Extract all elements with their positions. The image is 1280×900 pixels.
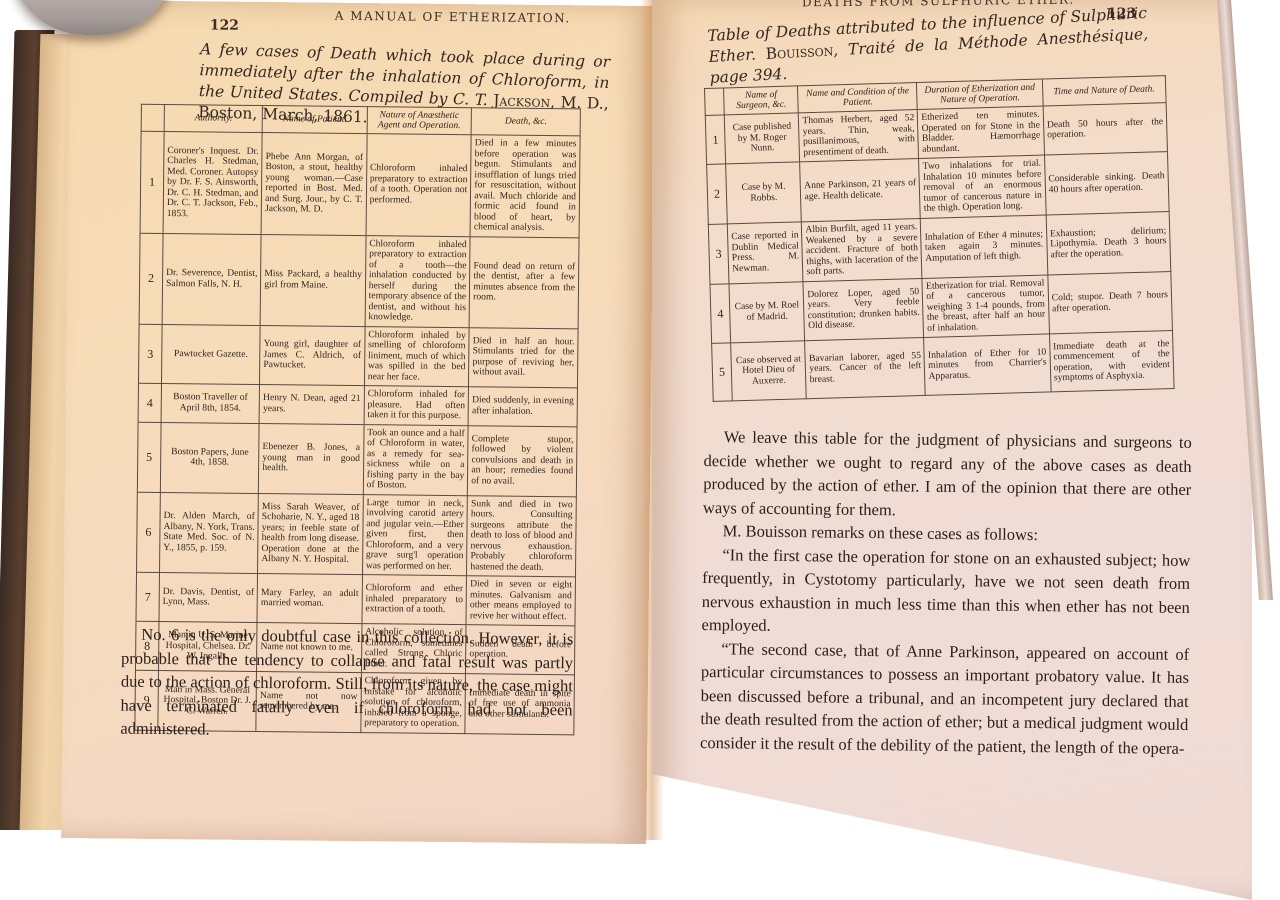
commentary-paragraph: No. 6 is the only doubtful case in this … [120,623,573,745]
paragraph-text: No. 6 is the only doubtful case in this … [120,623,573,745]
cell-patient: Mary Farley, an adult married woman. [257,573,362,623]
page-number: 122 [210,17,239,33]
cell-surgeon: Case by M. Roel of Madrid. [729,281,805,343]
running-head: A Manual of Etherization. [335,9,571,25]
right-page: Deaths from Sulphuric Ether. 123 Table o… [652,0,1252,900]
table-row: 5 Boston Papers, June 4th, 1858. Ebeneze… [137,422,577,497]
table-caption: Table of Deaths attributed to the influe… [707,3,1150,89]
col-header-surgeon: Name of Surgeon, &c. [724,86,799,115]
cell-agent: Chloroform and ether inhaled preparatory… [362,575,467,625]
cell-surgeon: Case published by M. Roger Nunn. [724,113,800,164]
cell-authority: Dr. Davis, Dentist, of Lynn, Mass. [159,572,258,622]
cell-death: Cold; stupor. Death 7 hours after operat… [1048,271,1173,334]
row-number: 1 [705,115,725,165]
row-number: 7 [136,572,159,621]
cell-duration: Etherization for trial. Removal of a can… [922,274,1049,337]
cell-authority: Boston Papers, June 4th, 1858. [160,422,259,493]
cell-authority: Pawtucket Gazette. [161,324,260,385]
cell-patient: Miss Packard, a healthy girl from Maine. [260,234,365,326]
row-number: 1 [140,131,164,233]
cell-death: Complete stupor, followed by violent con… [468,425,577,496]
table-row: 2 Dr. Severence, Dentist, Salmon Falls, … [139,233,579,329]
cell-patient: Miss Sarah Weaver, of Schoharie, N. Y., … [258,493,363,575]
col-header-number [141,104,164,131]
paragraph: “In the first case the operation for sto… [701,542,1190,642]
col-header-number [705,88,725,116]
cell-death: Died suddenly, in evening after inhalati… [468,387,577,427]
col-header-authority: Authority. [164,104,263,132]
left-page: 122 A Manual of Etherization. A few case… [61,0,655,844]
cell-death: Immediate death at the commencement of t… [1049,331,1174,392]
paragraph: “The second case, that of Anne Parkinson… [700,636,1189,759]
cell-agent: Chloroform inhaled by smelling of chloro… [364,326,469,387]
cell-death: Found dead on return of the dentist, aft… [469,236,579,328]
table-row: 1 Coroner's Inquest. Dr. Charles H. Sted… [140,131,580,237]
row-number: 3 [708,224,729,284]
table-row: 4 Boston Traveller of April 8th, 1854. H… [138,383,577,426]
cell-death: Death 50 hours after the operation. [1043,103,1168,155]
cell-duration: Inhalation of Ether 4 minutes; taken aga… [921,215,1048,278]
cell-patient: Albin Burfilt, aged 11 years. Weakened b… [802,219,923,282]
cell-agent: Took an ounce and a half of Chloroform i… [363,424,468,495]
row-number: 5 [712,343,733,402]
cell-patient: Anne Parkinson, 21 years of age. Health … [800,159,921,222]
ether-deaths-table: Name of Surgeon, &c. Name and Condition … [704,75,1175,402]
cell-patient: Young girl, daughter of James C. Aldrich… [260,325,365,386]
cell-duration: Inhalation of Ether for 10 minutes from … [924,334,1051,395]
col-header-duration: Duration of Etherization and Nature of O… [917,79,1043,109]
col-header-death: Death, &c. [471,108,580,136]
cell-patient: Thomas Herbert, aged 52 years. Thin, wea… [799,110,919,162]
cell-death: Died in half an hour. Stimulants tried f… [469,327,578,388]
cell-surgeon: Case reported in Dublin Medical Press. M… [727,222,803,284]
cell-surgeon: Case observed at Hotel Dieu of Auxerre. [731,341,807,401]
cell-patient: Bavarian laborer, aged 55 years. Cancer … [805,337,926,398]
cell-authority: Coroner's Inquest. Dr. Charles H. Stedma… [163,131,262,234]
cell-authority: Boston Traveller of April 8th, 1854. [161,383,260,423]
cell-agent: Chloroform inhaled preparatory to extrac… [366,134,472,237]
table-row: 6 Dr. Alden March, of Albany, N. York, T… [137,492,577,577]
commentary-text: We leave this table for the judgment of … [700,425,1192,760]
cell-authority: Dr. Severence, Dentist, Salmon Falls, N.… [162,233,261,325]
table-row: 7 Dr. Davis, Dentist, of Lynn, Mass. Mar… [136,572,575,626]
col-header-death: Time and Nature of Death. [1042,76,1166,106]
row-number: 6 [137,492,161,573]
cell-surgeon: Case by M. Robbs. [726,162,802,224]
row-number: 3 [138,324,162,384]
row-number: 2 [139,233,163,324]
row-number: 4 [710,283,731,343]
cell-death: Died in a few minutes before operation w… [470,135,580,238]
cell-agent: Chloroform inhaled preparatory to extrac… [365,235,470,327]
row-number: 2 [707,164,728,225]
cell-authority: Dr. Alden March, of Albany, N. York, Tra… [159,492,258,574]
cell-patient: Ebenezer B. Jones, a young man in good h… [259,423,364,494]
col-header-agent: Nature of Anæsthetic Agent and Operation… [367,107,472,135]
row-number: 4 [138,383,161,422]
cell-death: Considerable sinking. Death 40 hours aft… [1044,152,1169,215]
cell-patient: Dolorez Loper, aged 50 years. Very feebl… [803,278,924,341]
cell-patient: Phebe Ann Morgan, of Boston, a stout, he… [261,133,367,236]
cell-duration: Two inhalations for trial. Inhalation 10… [919,155,1046,218]
row-number: 5 [137,422,161,492]
cell-patient: Henry N. Dean, aged 21 years. [259,385,364,425]
col-header-patient: Name and Condition of the Patient. [798,83,918,113]
cell-duration: Etherized ten minutes. Operated on for S… [918,106,1045,158]
col-header-patient: Name of Patient. [262,106,367,134]
cell-agent: Chloroform inhaled for pleasure. Had oft… [364,386,469,426]
table-row: 3 Pawtucket Gazette. Young girl, daughte… [138,324,578,388]
cell-death: Sunk and died in two hours. Consulting s… [467,495,577,577]
cell-death: Exhaustion; delirium; Lipothymia. Death … [1046,212,1171,275]
table-row: 5 Case observed at Hotel Dieu of Auxerre… [712,331,1174,402]
cell-death: Died in seven or eight minutes. Galvanis… [466,576,575,626]
cell-agent: Large tumor in neck, involving carotid a… [362,494,467,576]
paragraph: We leave this table for the judgment of … [703,425,1192,525]
caption-author: Bouisson [765,41,833,63]
